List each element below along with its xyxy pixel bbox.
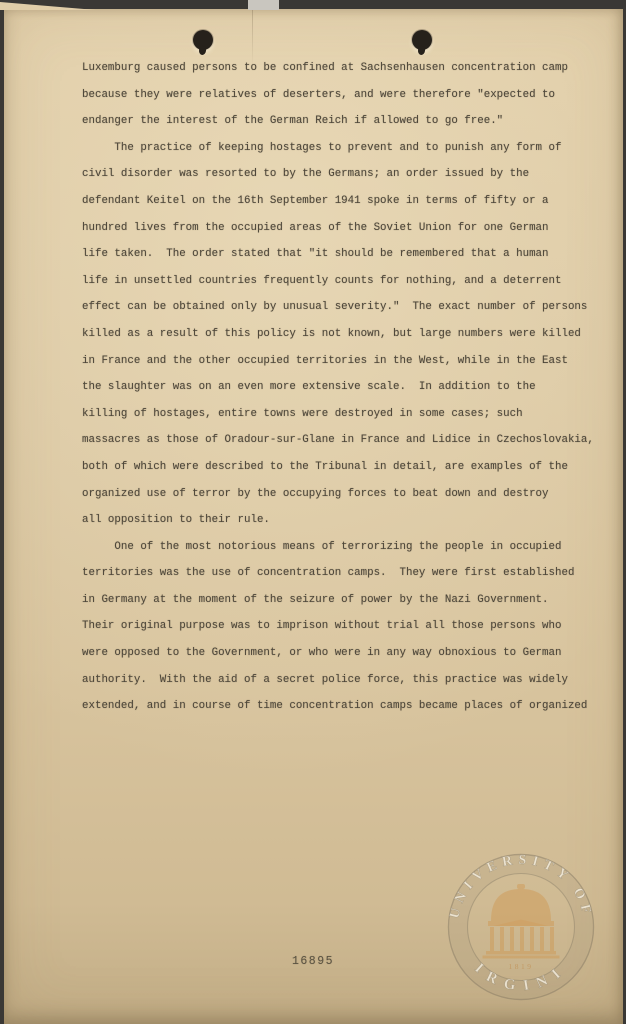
punch-hole-right-icon	[412, 30, 432, 50]
text-line: civil disorder was resorted to by the Ge…	[82, 161, 612, 188]
text-line: One of the most notorious means of terro…	[82, 534, 612, 561]
text-line: The practice of keeping hostages to prev…	[82, 135, 612, 162]
text-line: life in unsettled countries frequently c…	[82, 268, 612, 295]
text-line: in France and the other occupied territo…	[82, 348, 612, 375]
text-line: in Germany at the moment of the seizure …	[82, 587, 612, 614]
punch-hole-left-icon	[193, 30, 213, 50]
text-line: endanger the interest of the German Reic…	[82, 108, 612, 135]
text-line: all opposition to their rule.	[82, 507, 612, 534]
text-line: life taken. The order stated that "it sh…	[82, 241, 612, 268]
text-line: killing of hostages, entire towns were d…	[82, 401, 612, 428]
text-line: both of which were described to the Trib…	[82, 454, 612, 481]
text-line: were opposed to the Government, or who w…	[82, 640, 612, 667]
seal-year-text: 1819	[509, 962, 534, 971]
text-line: killed as a result of this policy is not…	[82, 321, 612, 348]
binder-tab	[248, 0, 279, 10]
text-line: because they were relatives of deserters…	[82, 82, 612, 109]
text-line: territories was the use of concentration…	[82, 560, 612, 587]
university-seal-watermark: UNIVERSITY OF VIRGINIA 1819	[441, 847, 601, 1007]
paper-top-left-corner	[0, 2, 96, 10]
text-line: authority. With the aid of a secret poli…	[82, 667, 612, 694]
text-line: Their original purpose was to imprison w…	[82, 613, 612, 640]
text-line: defendant Keitel on the 16th September 1…	[82, 188, 612, 215]
text-line: effect can be obtained only by unusual s…	[82, 294, 612, 321]
typewritten-text-block: Luxemburg caused persons to be confined …	[82, 55, 612, 720]
text-line: the slaughter was on an even more extens…	[82, 374, 612, 401]
text-line: extended, and in course of time concentr…	[82, 693, 612, 720]
scanned-page-background: Luxemburg caused persons to be confined …	[0, 0, 626, 1024]
text-line: organized use of terror by the occupying…	[82, 481, 612, 508]
text-line: Luxemburg caused persons to be confined …	[82, 55, 612, 82]
text-line: massacres as those of Oradour-sur-Glane …	[82, 427, 612, 454]
rotunda-icon	[483, 884, 560, 959]
text-line: hundred lives from the occupied areas of…	[82, 215, 612, 242]
